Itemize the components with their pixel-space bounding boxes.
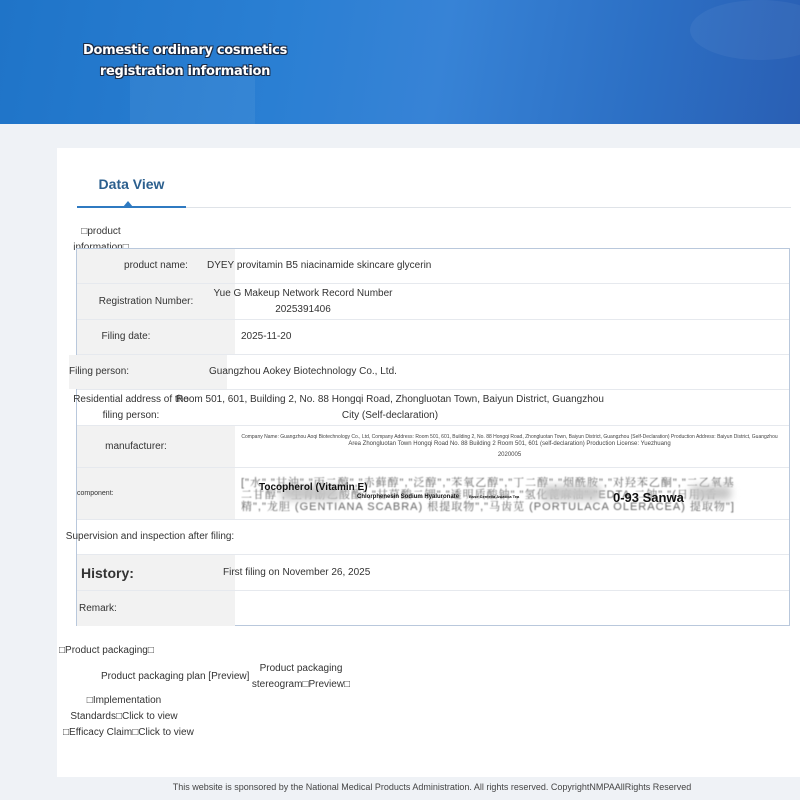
row-value-registration-number: Yue G Makeup Network Record Number 20253… bbox=[205, 284, 395, 319]
header-banner: Domestic ordinary cosmetics registration… bbox=[0, 0, 800, 124]
content-card: Data View □product information□ product … bbox=[57, 148, 800, 777]
product-info-table: product name: DYEY provitamin B5 niacina… bbox=[76, 248, 790, 626]
efficacy-claim-link[interactable]: □Efficacy Claim□Click to view bbox=[63, 725, 194, 741]
row-value-history: First filing on November 26, 2025 bbox=[217, 555, 789, 590]
row-value-supervision bbox=[235, 520, 789, 554]
manufacturer-line-3: 2020005 bbox=[237, 452, 782, 459]
row-value-residential-address: Room 501, 601, Building 2, No. 88 Hongqi… bbox=[175, 390, 605, 425]
footer-copyright: This website is sponsored by the Nationa… bbox=[0, 778, 800, 800]
packaging-stereogram-preview-link[interactable]: Product packaging stereogram□Preview□ bbox=[251, 661, 351, 693]
row-label-filing-date: Filing date: bbox=[77, 320, 235, 354]
table-row: Filing date: 2025-11-20 bbox=[77, 320, 789, 355]
table-row: component: ["水","甘油","丙二醇","赤藓醇","泛醇","苯… bbox=[77, 468, 789, 520]
table-row: Supervision and inspection after filing: bbox=[77, 520, 789, 555]
component-overlay-sanwa: 0-93 Sanwa bbox=[613, 492, 684, 504]
implementation-standards-link[interactable]: □Implementation Standards□Click to view bbox=[49, 693, 199, 725]
product-packaging-header: □Product packaging□ bbox=[59, 643, 154, 659]
row-value-filing-date: 2025-11-20 bbox=[235, 320, 789, 354]
caret-up-icon bbox=[123, 201, 133, 207]
component-overlay-tocopherol: Tocopherol (Vitamin E) bbox=[259, 482, 368, 494]
manufacturer-line-2: Area Zhongluotan Town Hongqi Road No. 88… bbox=[237, 441, 782, 448]
row-value-component: ["水","甘油","丙二醇","赤藓醇","泛醇","苯氧乙醇","丁二醇",… bbox=[235, 468, 789, 519]
table-row: Registration Number: Yue G Makeup Networ… bbox=[77, 284, 789, 320]
table-row: Remark: bbox=[77, 591, 789, 626]
row-value-filing-person: Guangzhou Aokey Biotechnology Co., Ltd. bbox=[203, 355, 789, 389]
packaging-plan-preview-link[interactable]: Product packaging plan [Preview] bbox=[101, 669, 249, 685]
page-title: Domestic ordinary cosmetics registration… bbox=[55, 40, 315, 82]
component-overlay-chlorphenesin: Chlorphenesin Sodium Hyaluronate bbox=[357, 491, 459, 503]
table-row: Filing person: Guangzhou Aokey Biotechno… bbox=[77, 355, 789, 390]
manufacturer-line-1: Company Name: Guangzhou Aoqi Biotechnolo… bbox=[237, 434, 782, 441]
row-value-remark bbox=[235, 591, 789, 626]
row-label-remark: Remark: bbox=[77, 591, 235, 626]
row-label-history: History: bbox=[77, 555, 235, 590]
table-row: manufacturer: Company Name: Guangzhou Ao… bbox=[77, 426, 789, 468]
row-value-product-name: DYEY provitamin B5 niacinamide skincare … bbox=[201, 249, 789, 283]
tab-divider bbox=[186, 207, 791, 208]
table-row: product name: DYEY provitamin B5 niacina… bbox=[77, 249, 789, 284]
row-label-manufacturer: manufacturer: bbox=[77, 426, 235, 467]
row-label-supervision: Supervision and inspection after filing: bbox=[65, 520, 235, 554]
row-value-manufacturer: Company Name: Guangzhou Aoqi Biotechnolo… bbox=[235, 426, 789, 467]
table-row: History: First filing on November 26, 20… bbox=[77, 555, 789, 591]
component-overlay-centella: Bsse Centella Asiatica Tea bbox=[469, 491, 519, 503]
table-row: Residential address of the filing person… bbox=[77, 390, 789, 426]
row-label-component: component: bbox=[77, 468, 235, 519]
